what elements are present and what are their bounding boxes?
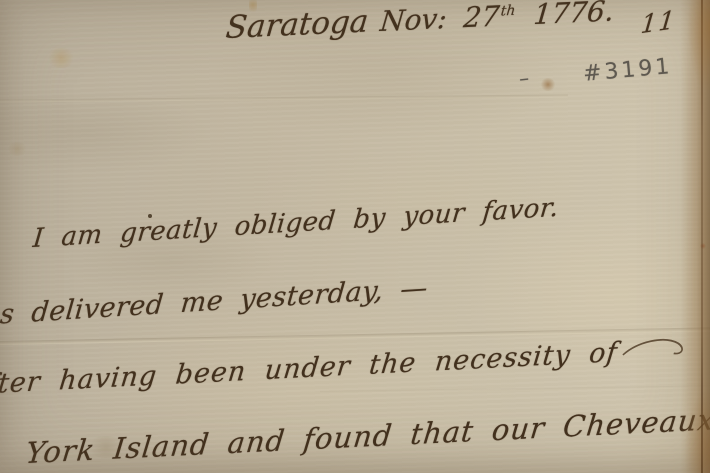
ink-stain [540, 78, 556, 91]
place-name: Saratoga [224, 3, 370, 46]
paper-stain [700, 243, 706, 249]
paper-stain [6, 142, 28, 156]
letter-photograph: SaratogaNov: 27th 1776. 11 – #3191 I am … [0, 0, 710, 473]
dateline: SaratogaNov: 27th 1776. [224, 0, 615, 46]
page-number: 11 [639, 5, 678, 40]
letter-line: I am greatly obliged by your favor. [32, 193, 561, 254]
fold-crease [0, 95, 568, 103]
letter-line: was delivered me yesterday, — [0, 272, 429, 333]
paper-stain [46, 48, 76, 68]
year-text: 1776. [532, 0, 615, 31]
date-text: Nov: 27 [379, 0, 501, 38]
date-ordinal-suffix: th [500, 3, 516, 20]
fold-crease [319, 385, 710, 394]
letter-line-text: after having been under the necessity of [0, 337, 619, 401]
page-corner-discoloration [684, 0, 710, 130]
letter-line: after having been under the necessity of [0, 333, 693, 401]
catalog-number-pencil: #3191 [582, 54, 673, 87]
pen-flourish-stroke [620, 335, 692, 363]
pencil-dash-mark: – [518, 66, 530, 91]
letter-line: York Island and found that our Cheveaux [24, 402, 710, 470]
